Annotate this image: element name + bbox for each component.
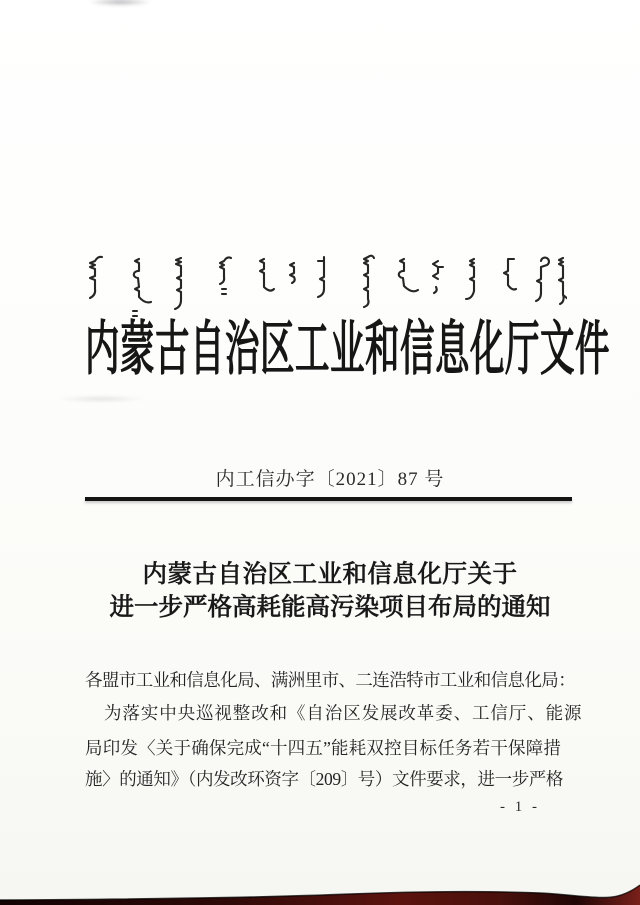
desk-edge: [0, 881, 640, 905]
scan-smudge-top: [88, 0, 152, 6]
scan-smudge-mid: [56, 396, 146, 402]
salutation-line: 各盟市工业和信息化局、满洲里市、二连浩特市工业和信息化局：: [85, 670, 577, 691]
letterhead-org-title: 内蒙古自治区工业和信息化厅文件: [85, 321, 575, 380]
page-number: - 1 -: [460, 799, 580, 816]
body-line: 为落实中央巡视整改和《自治区发展改革委、工信厅、能源: [85, 703, 596, 724]
letterhead-divider-rule: [85, 497, 572, 501]
body-line: 局印发〈关于确保完成“十四五”能耗双控目标任务若干保障措: [85, 738, 577, 759]
notice-title-line2: 进一步严格高耗能高污染项目布局的通知: [85, 596, 575, 621]
body-line: 施〉的通知》（内发改环资字〔209〕号）文件要求，进一步严格: [85, 769, 577, 790]
mongolian-script-row: [85, 251, 567, 323]
doc-number: 内工信办字〔2021〕87 号: [85, 464, 575, 491]
notice-title-line1: 内蒙古自治区工业和信息化厅关于: [85, 563, 575, 588]
scanned-document-page: 内蒙古自治区工业和信息化厅文件 内工信办字〔2021〕87 号 内蒙古自治区工业…: [0, 0, 640, 905]
